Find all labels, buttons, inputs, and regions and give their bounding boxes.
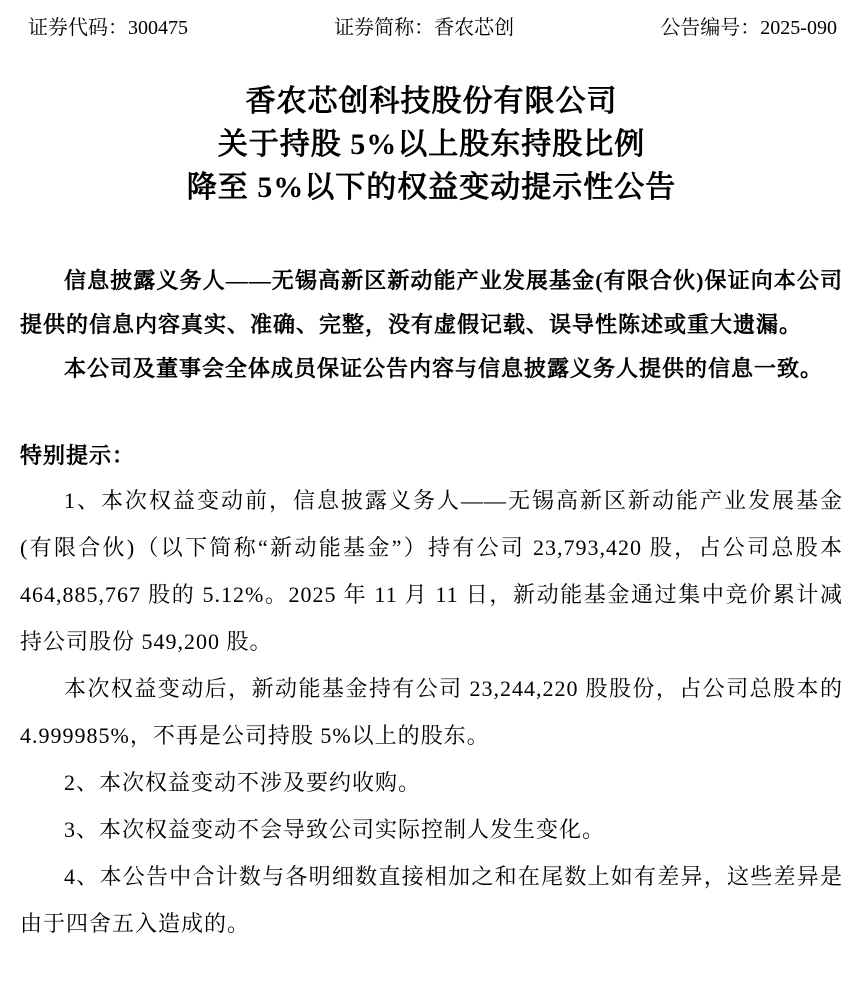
stock-code: 证券代码：300475 — [28, 14, 188, 42]
announcement-page: 证券代码：300475 证券简称：香农芯创 公告编号：2025-090 香农芯创… — [0, 0, 861, 984]
notice-item-3: 3、本次权益变动不会导致公司实际控制人发生变化。 — [20, 806, 843, 853]
document-title: 香农芯创科技股份有限公司 关于持股 5%以上股东持股比例 降至 5%以下的权益变… — [20, 80, 843, 209]
disclosure-obligor-declaration: 信息披露义务人——无锡高新区新动能产业发展基金(有限合伙)保证向本公司提供的信息… — [20, 259, 843, 347]
notice-item-1-continued: 本次权益变动后，新动能基金持有公司 23,244,220 股股份，占公司总股本的… — [20, 665, 843, 759]
notice-item-2: 2、本次权益变动不涉及要约收购。 — [20, 759, 843, 806]
board-declaration: 本公司及董事会全体成员保证公告内容与信息披露义务人提供的信息一致。 — [20, 347, 843, 391]
declaration-section: 信息披露义务人——无锡高新区新动能产业发展基金(有限合伙)保证向本公司提供的信息… — [20, 259, 843, 391]
special-notice-heading: 特别提示： — [20, 441, 843, 471]
announcement-number: 公告编号：2025-090 — [660, 14, 837, 42]
special-notice-section: 特别提示： 1、本次权益变动前，信息披露义务人——无锡高新区新动能产业发展基金(… — [20, 441, 843, 947]
notice-item-1: 1、本次权益变动前，信息披露义务人——无锡高新区新动能产业发展基金(有限合伙)（… — [20, 477, 843, 665]
title-line-company: 香农芯创科技股份有限公司 — [20, 80, 843, 123]
title-line-subject: 关于持股 5%以上股东持股比例 — [20, 123, 843, 166]
stock-short-name: 证券简称：香农芯创 — [334, 14, 514, 42]
title-line-type: 降至 5%以下的权益变动提示性公告 — [20, 166, 843, 209]
notice-item-4: 4、本公告中合计数与各明细数直接相加之和在尾数上如有差异，这些差异是由于四舍五入… — [20, 853, 843, 947]
document-header: 证券代码：300475 证券简称：香农芯创 公告编号：2025-090 — [20, 14, 843, 42]
